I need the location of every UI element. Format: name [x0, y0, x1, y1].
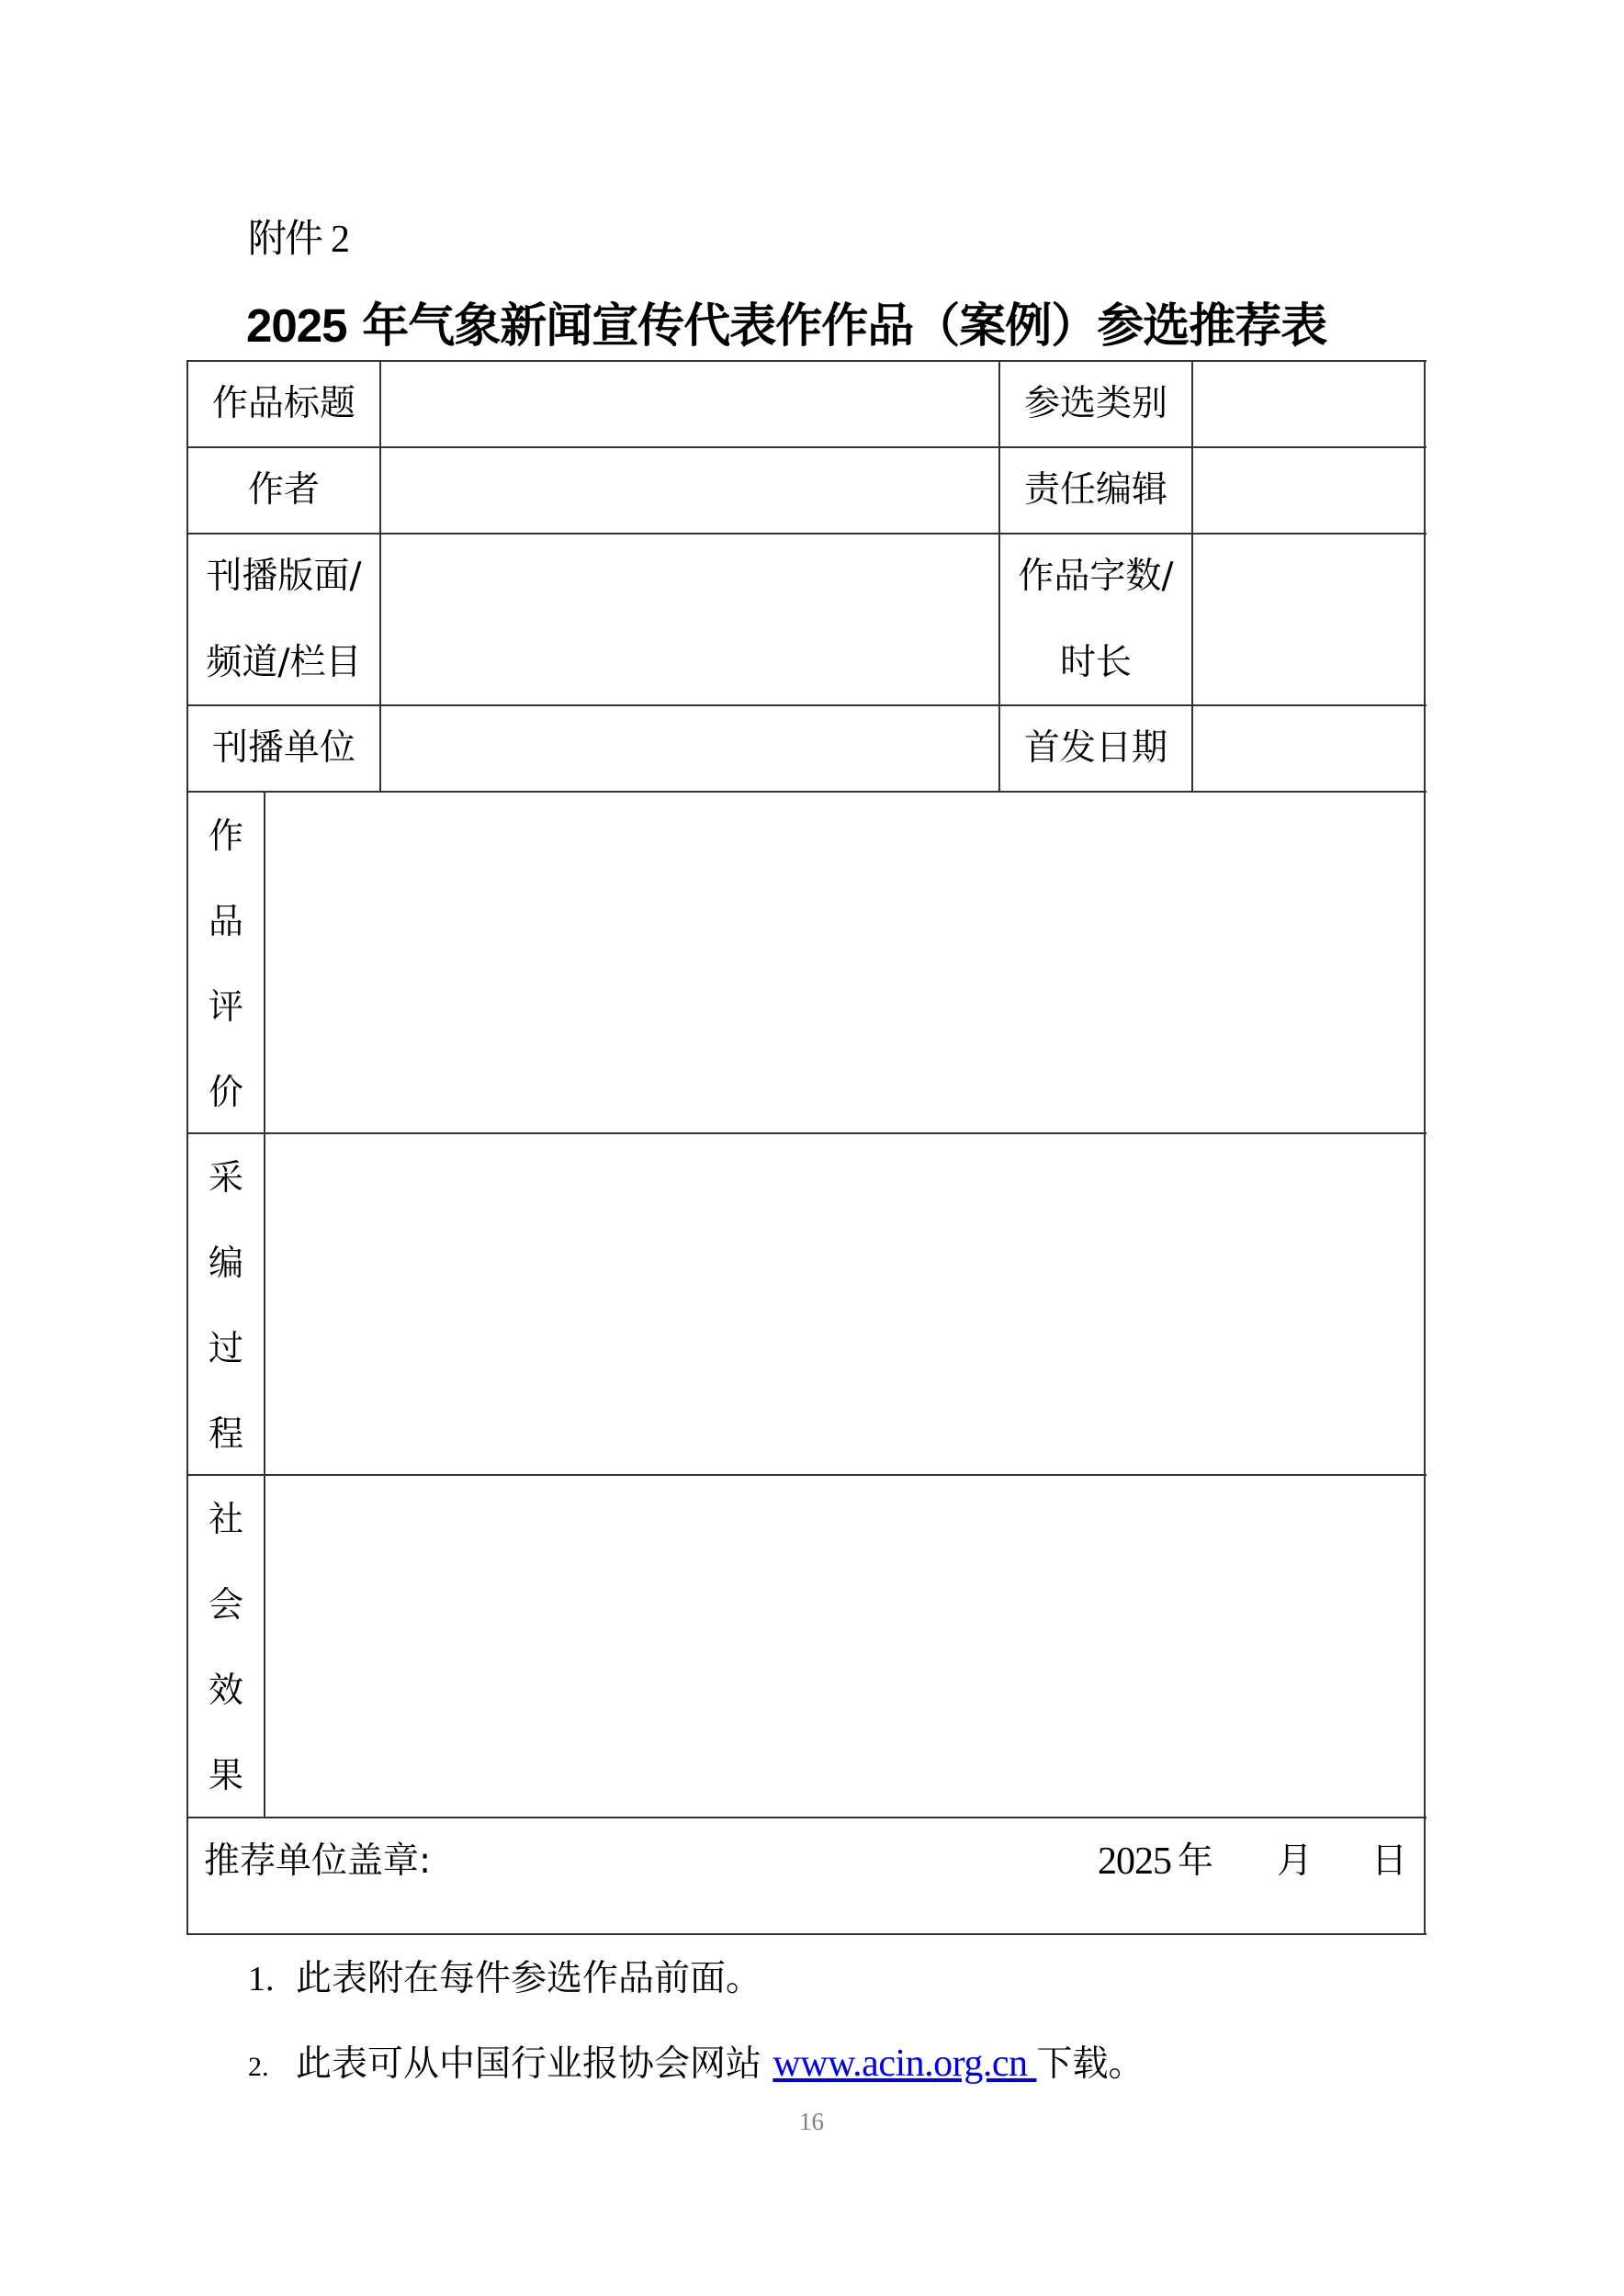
note-text: 下载。 [1037, 2043, 1145, 2085]
section-char: 价 [209, 1050, 243, 1135]
section-char: 果 [209, 1733, 243, 1818]
title-text: 年气象新闻宣传代表作作品（案例）参选推荐表 [346, 299, 1326, 354]
social-effect-field[interactable] [265, 1476, 1424, 1817]
editor-field[interactable] [1193, 448, 1424, 533]
section-label-social-effect: 社 会 效 果 [187, 1477, 265, 1818]
label-first-release-date: 首发日期 [1000, 706, 1191, 791]
table-border-bottom [187, 1933, 1427, 1935]
table-border-right [1424, 360, 1426, 1935]
section-char: 会 [209, 1562, 243, 1648]
section-char: 社 [209, 1477, 243, 1562]
section-char: 过 [209, 1306, 243, 1391]
note-2: 2.此表可从中国行业报协会网站 www.acin.org.cn 下载。 [248, 2039, 1145, 2092]
section-char: 评 [209, 964, 243, 1050]
label-category: 参选类别 [1000, 362, 1191, 446]
first-release-date-field[interactable] [1193, 706, 1424, 791]
label-author: 作者 [188, 448, 379, 533]
label-first-release-date-text: 首发日期 [1024, 705, 1167, 792]
label-publisher-text: 刊播单位 [212, 705, 355, 792]
process-field[interactable] [265, 1134, 1424, 1474]
category-field[interactable] [1193, 362, 1424, 446]
label-editor-text: 责任编辑 [1024, 447, 1167, 534]
seal-date-day-unit: 日 [1371, 1837, 1407, 1886]
acin-website-link[interactable]: www.acin.org.cn [773, 2043, 1036, 2085]
section-char: 作 [209, 793, 243, 879]
label-category-text: 参选类别 [1024, 361, 1167, 447]
seal-date-year-unit: 年 [1178, 1837, 1213, 1886]
note-1: 1.此表附在每件参选作品前面。 [248, 1954, 761, 2004]
section-char: 程 [209, 1391, 243, 1477]
note-number: 2. [248, 2043, 296, 2092]
seal-label: 推荐单位盖章: [204, 1837, 431, 1886]
label-wordcount-line1: 作品字数/ [1018, 534, 1173, 620]
label-work-title: 作品标题 [188, 362, 379, 446]
section-label-evaluation: 作 品 评 价 [187, 793, 265, 1135]
publisher-field[interactable] [381, 706, 998, 791]
section-char: 采 [209, 1135, 243, 1221]
seal-year: 2025 [1098, 1840, 1171, 1883]
label-publisher: 刊播单位 [188, 706, 379, 791]
note-number: 1. [248, 1954, 296, 2004]
row-divider [187, 1817, 1427, 1818]
section-char: 效 [209, 1648, 243, 1733]
attachment-label: 附件2 [248, 213, 348, 265]
label-author-text: 作者 [248, 447, 320, 534]
label-layout-line2: 频道/栏目 [206, 620, 361, 706]
note-text: 此表附在每件参选作品前面。 [296, 1958, 761, 1999]
page-number: 16 [799, 2105, 824, 2138]
page-title: 2025 年气象新闻宣传代表作作品（案例）参选推荐表 [246, 296, 1385, 357]
author-field[interactable] [381, 448, 998, 533]
work-title-field[interactable] [381, 362, 998, 446]
evaluation-field[interactable] [265, 793, 1424, 1132]
label-layout-line1: 刊播版面/ [206, 534, 361, 620]
title-year: 2025 [246, 299, 346, 352]
attachment-number: 2 [331, 219, 348, 261]
layout-channel-field[interactable] [381, 535, 998, 704]
label-wordcount-line2: 时长 [1060, 620, 1132, 706]
section-label-process: 采 编 过 程 [187, 1135, 265, 1477]
note-text: 此表可从中国行业报协会网站 [296, 2043, 773, 2085]
label-layout-channel: 刊播版面/ 频道/栏目 [188, 535, 379, 704]
label-wordcount-duration: 作品字数/ 时长 [1000, 535, 1191, 704]
seal-date-month-unit: 月 [1277, 1837, 1313, 1886]
wordcount-duration-field[interactable] [1193, 535, 1424, 704]
attachment-label-text: 附件 [248, 216, 321, 261]
section-char: 品 [209, 879, 243, 964]
seal-date-year: 2025 [1098, 1837, 1171, 1887]
label-editor: 责任编辑 [1000, 448, 1191, 533]
section-char: 编 [209, 1221, 243, 1306]
label-work-title-text: 作品标题 [212, 361, 355, 447]
